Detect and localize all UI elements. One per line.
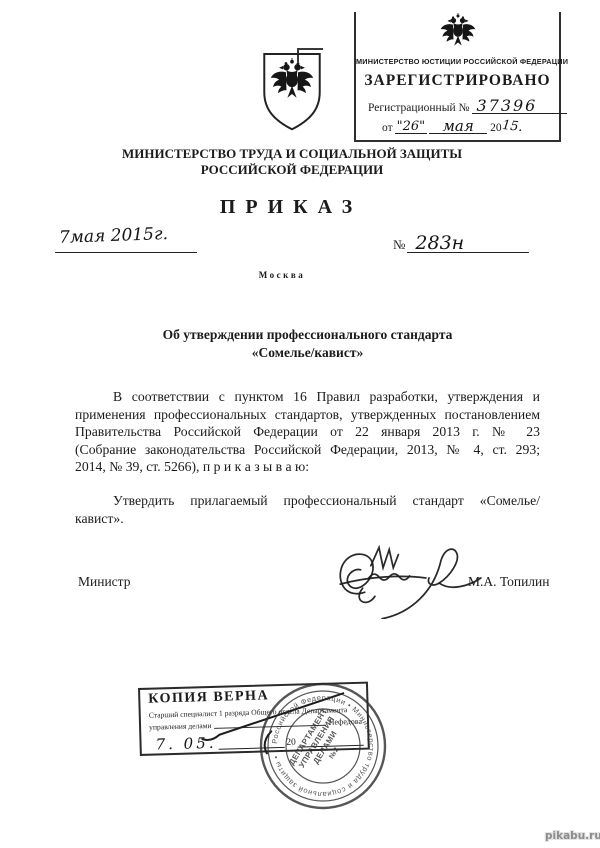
ministry-letterhead: МИНИСТЕРСТВО ТРУДА И СОЦИАЛЬНОЙ ЗАЩИТЫ Р… — [58, 146, 526, 177]
registration-number-handwritten: 37396 — [472, 98, 567, 114]
date-year-prefix: 20 — [490, 122, 502, 134]
minister-signature — [326, 537, 484, 619]
justice-ministry-name: МИНИСТЕРСТВО ЮСТИЦИИ РОССИЙСКОЙ ФЕДЕРАЦИ… — [356, 57, 559, 66]
registration-number-label: Регистрационный № — [368, 102, 469, 114]
signer-position: Министр — [78, 574, 130, 590]
body-line: кавист». — [75, 510, 540, 528]
order-city: Москва — [0, 270, 564, 280]
signer-name: М.А. Топилин — [468, 574, 550, 590]
ministry-name-line2: РОССИЙСКОЙ ФЕДЕРАЦИИ — [58, 162, 526, 178]
body-paragraph: В соответствии с пунктом 16 Правил разра… — [75, 388, 540, 476]
order-number-handwritten: 283н — [407, 235, 529, 253]
round-department-seal: Российской Федерации • Министерство труд… — [256, 679, 390, 813]
body-line: В соответствии с пунктом 16 Правил разра… — [75, 388, 540, 406]
date-prefix: от — [382, 122, 393, 134]
registration-number-line: Регистрационный № 37396 — [368, 98, 567, 114]
date-month-handwritten: мая — [429, 119, 487, 134]
date-year-handwritten: 15. — [501, 118, 523, 135]
registration-date-line: от "26" мая 20 15. — [382, 119, 522, 134]
registered-label: ЗАРЕГИСТРИРОВАНО — [356, 72, 559, 90]
coat-of-arms-icon — [259, 49, 325, 133]
body-line: применения профессиональных стандартов, … — [75, 406, 540, 424]
order-date-line: 7мая 2015г. — [55, 226, 197, 253]
subject-line1: Об утверждении профессионального стандар… — [75, 326, 540, 344]
ministry-name-line1: МИНИСТЕРСТВО ТРУДА И СОЦИАЛЬНОЙ ЗАЩИТЫ — [58, 146, 526, 162]
order-number-label: № — [393, 237, 405, 253]
seal-center-line4: №2 — [328, 746, 340, 760]
subject-line2: «Сомелье/кавист» — [75, 344, 540, 362]
body-line: 2014, № 39, ст. 5266), п р и к а з ы в а… — [75, 458, 540, 476]
body-line: (Собрание законодательства Российской Фе… — [75, 441, 540, 459]
justice-eagle-icon — [439, 13, 477, 47]
order-title: ПРИКАЗ — [0, 196, 572, 219]
watermark: pikabu.ru — [545, 830, 600, 842]
date-day-handwritten: "26" — [395, 120, 428, 134]
order-subject: Об утверждении профессионального стандар… — [75, 326, 540, 361]
body-paragraph: Утвердить прилагаемый профессиональный с… — [75, 492, 540, 527]
order-number-line: № 283н — [393, 226, 529, 253]
justice-registration-stamp: МИНИСТЕРСТВО ЮСТИЦИИ РОССИЙСКОЙ ФЕДЕРАЦИ… — [354, 12, 561, 142]
document-page: МИНИСТЕРСТВО ЮСТИЦИИ РОССИЙСКОЙ ФЕДЕРАЦИ… — [0, 0, 600, 848]
order-date-handwritten: 7мая 2015г. — [55, 224, 169, 248]
body-line: Утвердить прилагаемый профессиональный с… — [75, 492, 540, 510]
body-line: Правительства Российской Федерации от 22… — [75, 423, 540, 441]
